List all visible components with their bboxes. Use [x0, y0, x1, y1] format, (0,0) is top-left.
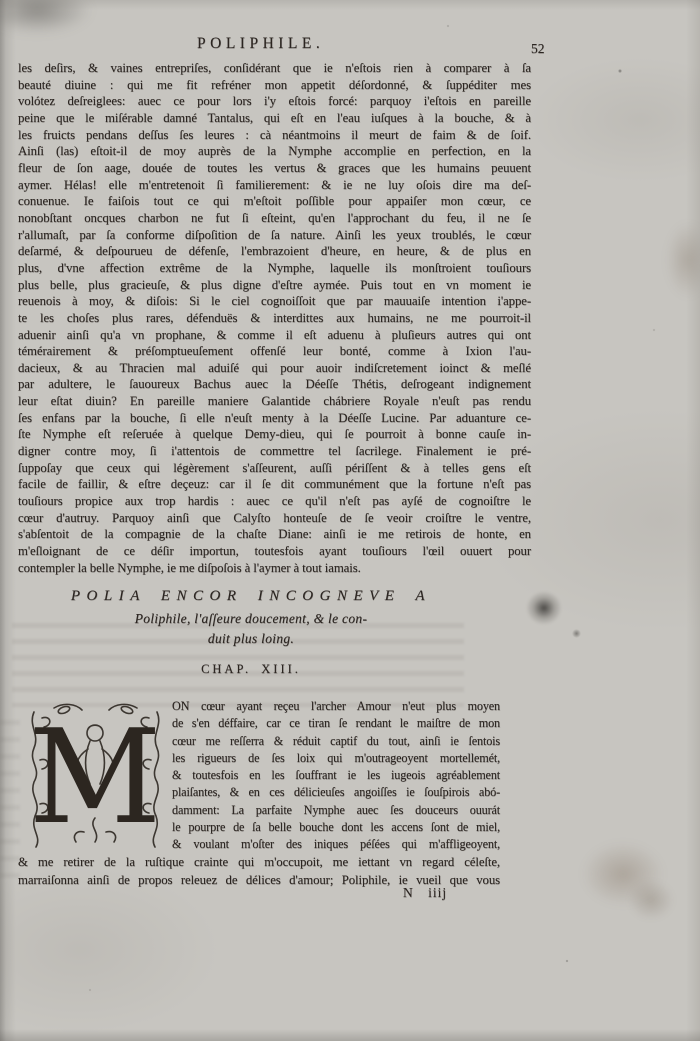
section-heading-line3: duit plus loing.	[20, 629, 482, 649]
text-line: beauté diuine : qui me fit refréner mon …	[18, 77, 531, 94]
stain-bottom-right	[582, 842, 664, 906]
section-heading-line2: Poliphile, l'aſſeure doucement, & le con…	[20, 609, 482, 629]
show-through-ghost-text-margin	[0, 708, 20, 888]
text-line: Ainſi (las) eſtoit-il de moy auprès de l…	[18, 143, 531, 160]
drop-cap-letter: M	[28, 701, 161, 849]
text-line: ſuppoſay que ceux qui légèrement s'aſſeu…	[18, 460, 531, 477]
text-line: cœur d'autruy. Parquoy ainſi que Calyſto…	[18, 510, 531, 527]
text-line: aduenir ainſi qu'a vn prophane, & comme …	[18, 327, 531, 344]
text-line: & voulant m'oſter des iniques péſées qui…	[172, 836, 500, 853]
text-line: plaiſantes, & en ces délicieuſes angoiſſ…	[172, 784, 500, 801]
text-line: plus belle, plus gracieuſe, & plus digne…	[18, 277, 531, 294]
text-line: de s'en déffaire, car ce tiran ſe rendan…	[172, 715, 500, 732]
text-line: peine que le miſérable damné Tantalus, q…	[18, 110, 531, 127]
woodcut-initial-M-icon: M	[24, 700, 167, 849]
text-line: le pourpre de ſa belle bouche dont les a…	[172, 819, 500, 836]
text-line: reuenois à moy, & diſois: Si le ciel cog…	[18, 293, 531, 310]
paragraph-main: les deſirs, & vaines entrepriſes, conſid…	[18, 60, 531, 576]
text-line: touſiours propice aux trop hardis : auec…	[18, 493, 531, 510]
text-line: cœur me reſſerra & réduit captif du tout…	[172, 733, 500, 750]
signature-mark: N iiij	[403, 885, 447, 901]
stain-top-left	[0, 0, 92, 34]
paragraph-chapter13-wrapped: ON cœur ayant reçeu l'archer Amour n'eut…	[172, 698, 500, 854]
text-line: leur eſtat diuin? En pareille maniere Ga…	[18, 393, 531, 410]
text-line: fleur de ſon aage, douée de toutes les v…	[18, 160, 531, 177]
text-line: témérairement & préſomptueuſement offenſ…	[18, 343, 531, 360]
section-heading-line1: POLIA ENCOR INCOGNEVE A	[20, 588, 482, 605]
text-line: te les choſes plus rares, défenduës & in…	[18, 310, 531, 327]
text-line: les fruicts pendans deſſus ſes leures : …	[18, 127, 531, 144]
text-line: & toutesfois en les ſouffrant ie les iug…	[172, 767, 500, 784]
ink-blot	[526, 591, 562, 625]
paragraph-chapter13-fullwidth: & me retirer de la ruſtique crainte qui …	[18, 854, 500, 889]
chapter-label: CHAP. XIII.	[20, 662, 482, 677]
text-line: r'allumaſt, par ſa conforme diſpoſition …	[18, 227, 531, 244]
text-line: ſes enfans par la bouche, ſi elle n'euſt…	[18, 410, 531, 427]
page-number: 52	[531, 41, 545, 57]
text-line: ſte Nymphe eſt reſeruée à quelque Demy-d…	[18, 426, 531, 443]
text-line: m'eſloignant de ce déſir importun, toute…	[18, 543, 531, 560]
text-line: dacieux, & au Thracien mal aduiſé qui po…	[18, 360, 531, 377]
text-line: s'abſentoit de la compagnie de la chaſte…	[18, 526, 531, 543]
text-line: deſarmé, & deſpourueu de défenſe, l'embr…	[18, 243, 531, 260]
text-line: contempler la belle Nymphe, ie me diſpoſ…	[18, 560, 531, 577]
ink-speck	[572, 629, 581, 638]
text-line: les rigueurs de ſes loix qui m'outrageoy…	[172, 750, 500, 767]
running-header-title: POLIPHILE.	[197, 35, 324, 53]
text-line: plus, d'vne affection extrême de la Nymp…	[18, 260, 531, 277]
text-line: aymer. Hélas! elle m'entretenoit ſi fami…	[18, 177, 531, 194]
text-line: nonobſtant oncques charbon ne fut ſi eſt…	[18, 210, 531, 227]
text-line: par adultere, le ſauoureux Bachus auec l…	[18, 376, 531, 393]
text-line: facile de faillir, & eſtre deçeuz: car i…	[18, 476, 531, 493]
text-line: conuenue. Ie faiſois tout ce qui m'eſtoi…	[18, 193, 531, 210]
text-line: damment: La parfaite Nymphe auec ſes dou…	[172, 802, 500, 819]
text-line: digner contre moy, ſi i'attentois de com…	[18, 443, 531, 460]
scanned-book-page: POLIPHILE. 52 les deſirs, & vaines entre…	[0, 0, 700, 1041]
section-heading: POLIA ENCOR INCOGNEVE A Poliphile, l'aſſ…	[20, 588, 482, 677]
stain-right-edge	[666, 222, 700, 298]
text-line: les deſirs, & vaines entrepriſes, conſid…	[18, 60, 531, 77]
text-line: volótez deſreiglees: auec ce pour lors i…	[18, 93, 531, 110]
text-line: ON cœur ayant reçeu l'archer Amour n'eut…	[172, 698, 500, 715]
stain-bottom-right-2	[628, 880, 674, 920]
text-line: & me retirer de la ruſtique crainte qui …	[18, 854, 500, 872]
